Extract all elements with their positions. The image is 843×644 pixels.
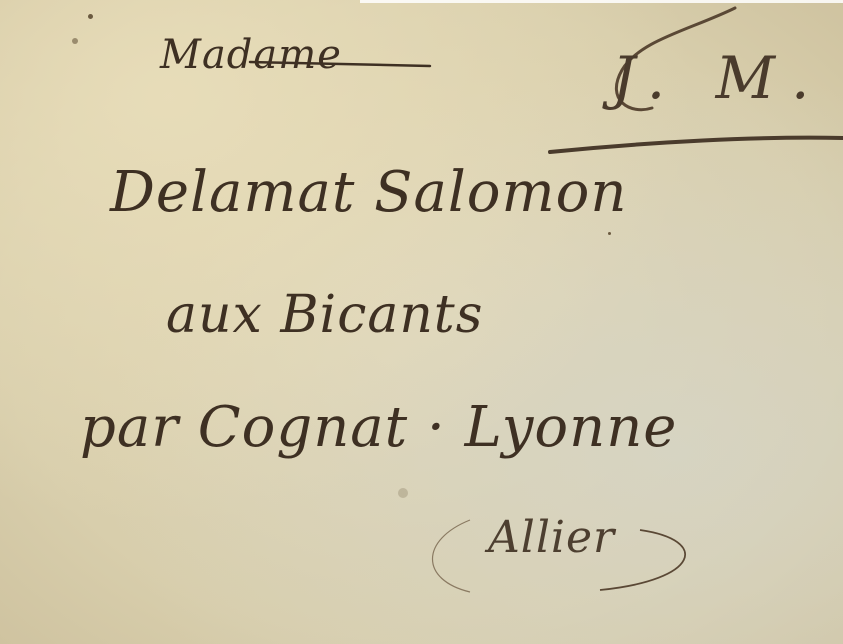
address-place: aux Bicants bbox=[166, 285, 483, 345]
addressee-name: Delamat Salomon bbox=[110, 160, 627, 225]
sender-initials: J. M. bbox=[612, 44, 825, 112]
faint-arc-left bbox=[433, 520, 471, 592]
address-via: par Cognat · Lyonne bbox=[80, 395, 677, 460]
address-region: Allier bbox=[488, 512, 615, 563]
addressee-title: Madame bbox=[160, 32, 342, 78]
underline-stroke bbox=[550, 138, 843, 152]
envelope: J. M. Madame Delamat Salomon aux Bicants… bbox=[0, 0, 843, 644]
